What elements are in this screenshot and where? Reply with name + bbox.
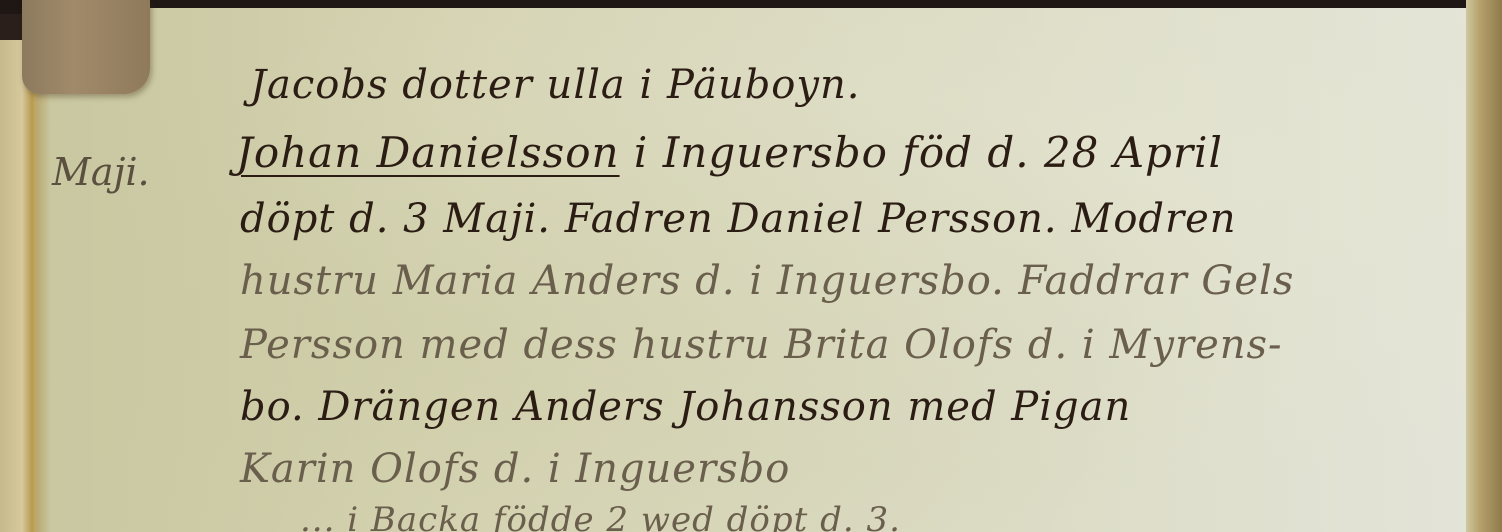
margin-month-note: Maji. bbox=[52, 150, 150, 194]
entry-line-8: ... i Backa födde 2 wed döpt d. 3. bbox=[300, 500, 901, 532]
page-edge bbox=[1466, 0, 1502, 532]
entry-line-5: Persson med dess hustru Brita Olofs d. i… bbox=[240, 322, 1283, 368]
page-gutter bbox=[36, 60, 50, 532]
entry-line-7: Karin Olofs d. i Inguersbo bbox=[240, 446, 790, 492]
book-binding bbox=[0, 40, 40, 532]
entry-line-2: Johan Danielsson i Inguersbo föd d. 28 A… bbox=[236, 128, 1223, 177]
bookmark-tab bbox=[22, 0, 150, 94]
entry-line-6: bo. Drängen Anders Johansson med Pigan bbox=[240, 384, 1131, 430]
entry-line-1: Jacobs dotter ulla i Päuboyn. bbox=[250, 62, 860, 108]
entry-line-2-rest: i Inguersbo föd d. 28 April bbox=[634, 128, 1223, 177]
entry-line-3: döpt d. 3 Maji. Fadren Daniel Persson. M… bbox=[240, 196, 1237, 242]
child-name: Johan Danielsson bbox=[236, 128, 620, 177]
entry-line-4: hustru Maria Anders d. i Inguersbo. Fadd… bbox=[240, 258, 1294, 304]
